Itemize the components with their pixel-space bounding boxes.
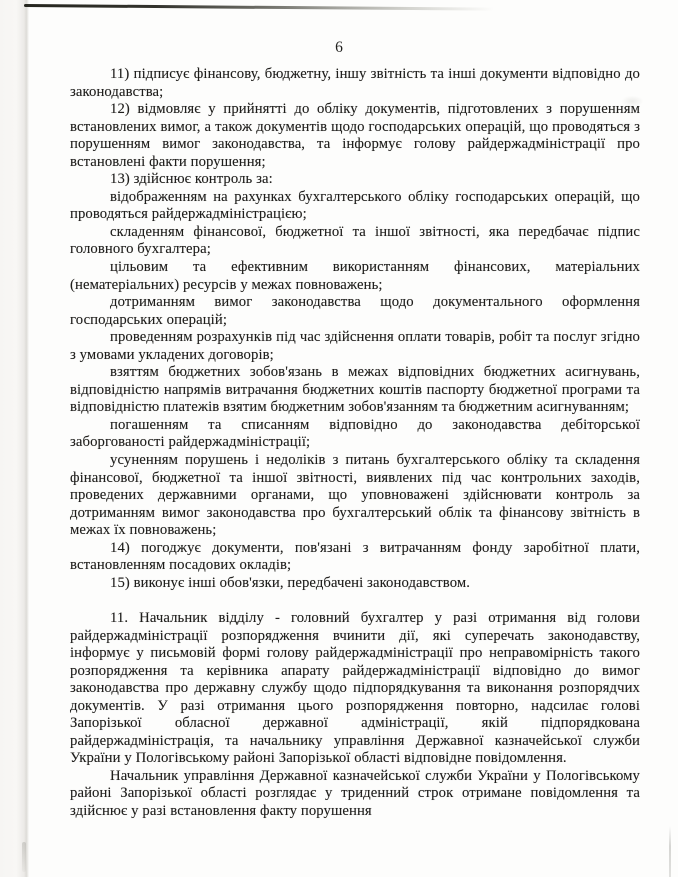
paragraph: 11. Начальник відділу - головний бухгалт… bbox=[70, 610, 640, 768]
document-text: 11) підписує фінансову, бюджетну, іншу з… bbox=[70, 66, 640, 821]
paragraph: 12) відмовляє у прийнятті до обліку доку… bbox=[70, 101, 640, 171]
document-section: 11. Начальник відділу - головний бухгалт… bbox=[70, 610, 640, 821]
document-section: 11) підписує фінансову, бюджетну, іншу з… bbox=[70, 66, 640, 592]
scan-artifact-top-edge-line bbox=[24, 4, 494, 11]
paragraph: усуненням порушень і недоліків з питань … bbox=[70, 452, 640, 540]
scanned-document-page: 6 11) підписує фінансову, бюджетну, іншу… bbox=[0, 0, 678, 877]
paragraph: складенням фінансової, бюджетної та іншо… bbox=[70, 224, 640, 259]
paragraph: 14) погоджує документи, пов'язані з витр… bbox=[70, 540, 640, 575]
paragraph: відображенням на рахунках бухгалтерськог… bbox=[70, 189, 640, 224]
paragraph: 13) здійснює контроль за: bbox=[70, 171, 640, 189]
paragraph: взяттям бюджетних зобов'язань в межах ві… bbox=[70, 364, 640, 417]
page-number: 6 bbox=[0, 39, 678, 57]
paragraph: Начальник управління Державної казначейс… bbox=[70, 768, 640, 821]
paragraph: 15) виконує інші обов'язки, передбачені … bbox=[70, 575, 640, 593]
paragraph: 11) підписує фінансову, бюджетну, іншу з… bbox=[70, 66, 640, 101]
paragraph: цільовим та ефективним використанням фін… bbox=[70, 259, 640, 294]
scan-artifact-right-edge-line bbox=[669, 826, 671, 877]
paragraph: дотриманням вимог законодавства щодо док… bbox=[70, 294, 640, 329]
paragraph: проведенням розрахунків під час здійснен… bbox=[70, 329, 640, 364]
scan-artifact-left-page-edge bbox=[0, 0, 30, 877]
scan-artifact-bottom-left-mark bbox=[22, 842, 26, 872]
paragraph: погашенням та списанням відповідно до за… bbox=[70, 417, 640, 452]
